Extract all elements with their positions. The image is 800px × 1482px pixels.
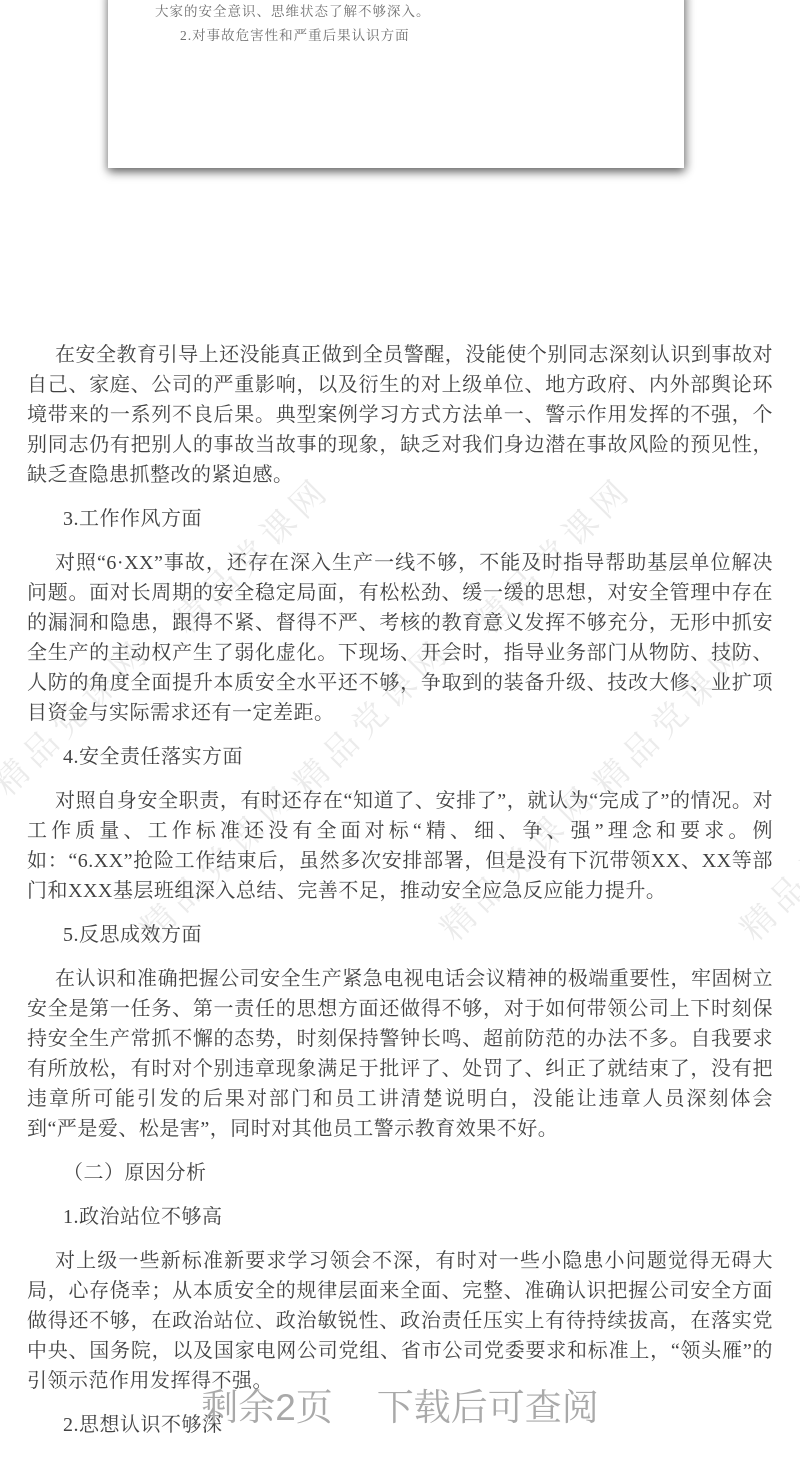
- document-paragraph: 对照自身安全职责，有时还存在“知道了、安排了”，就认为“完成了”的情况。对工作质…: [27, 786, 773, 906]
- document-heading: 1.政治站位不够高: [27, 1202, 773, 1232]
- download-prompt-banner[interactable]: 剩余2页下载后可查阅: [0, 1386, 800, 1430]
- document-heading: （二）原因分析: [27, 1158, 773, 1188]
- download-hint-label: 下载后可查阅: [377, 1387, 599, 1428]
- page-preview-card: 大家的安全意识、思维状态了解不够深入。 2.对事故危害性和严重后果认识方面: [108, 0, 684, 168]
- document-heading: 3.工作作风方面: [27, 504, 773, 534]
- preview-text-line: 大家的安全意识、思维状态了解不够深入。: [155, 0, 431, 20]
- document-heading: 5.反思成效方面: [27, 920, 773, 950]
- document-paragraph: 在认识和准确把握公司安全生产紧急电视电话会议精神的极端重要性，牢固树立安全是第一…: [27, 964, 773, 1144]
- preview-heading-line: 2.对事故危害性和严重后果认识方面: [180, 24, 410, 44]
- document-paragraph: 对照“6·XX”事故，还存在深入生产一线不够，不能及时指导帮助基层单位解决问题。…: [27, 548, 773, 728]
- document-paragraph: 对上级一些新标准新要求学习领会不深，有时对一些小隐患小问题觉得无碍大局，心存侥幸…: [27, 1246, 773, 1396]
- remaining-pages-label: 剩余2页: [201, 1387, 333, 1428]
- document-paragraph: 在安全教育引导上还没能真正做到全员警醒，没能使个别同志深刻认识到事故对自己、家庭…: [27, 340, 773, 490]
- document-page-text: 在安全教育引导上还没能真正做到全员警醒，没能使个别同志深刻认识到事故对自己、家庭…: [0, 340, 800, 1454]
- document-heading: 4.安全责任落实方面: [27, 742, 773, 772]
